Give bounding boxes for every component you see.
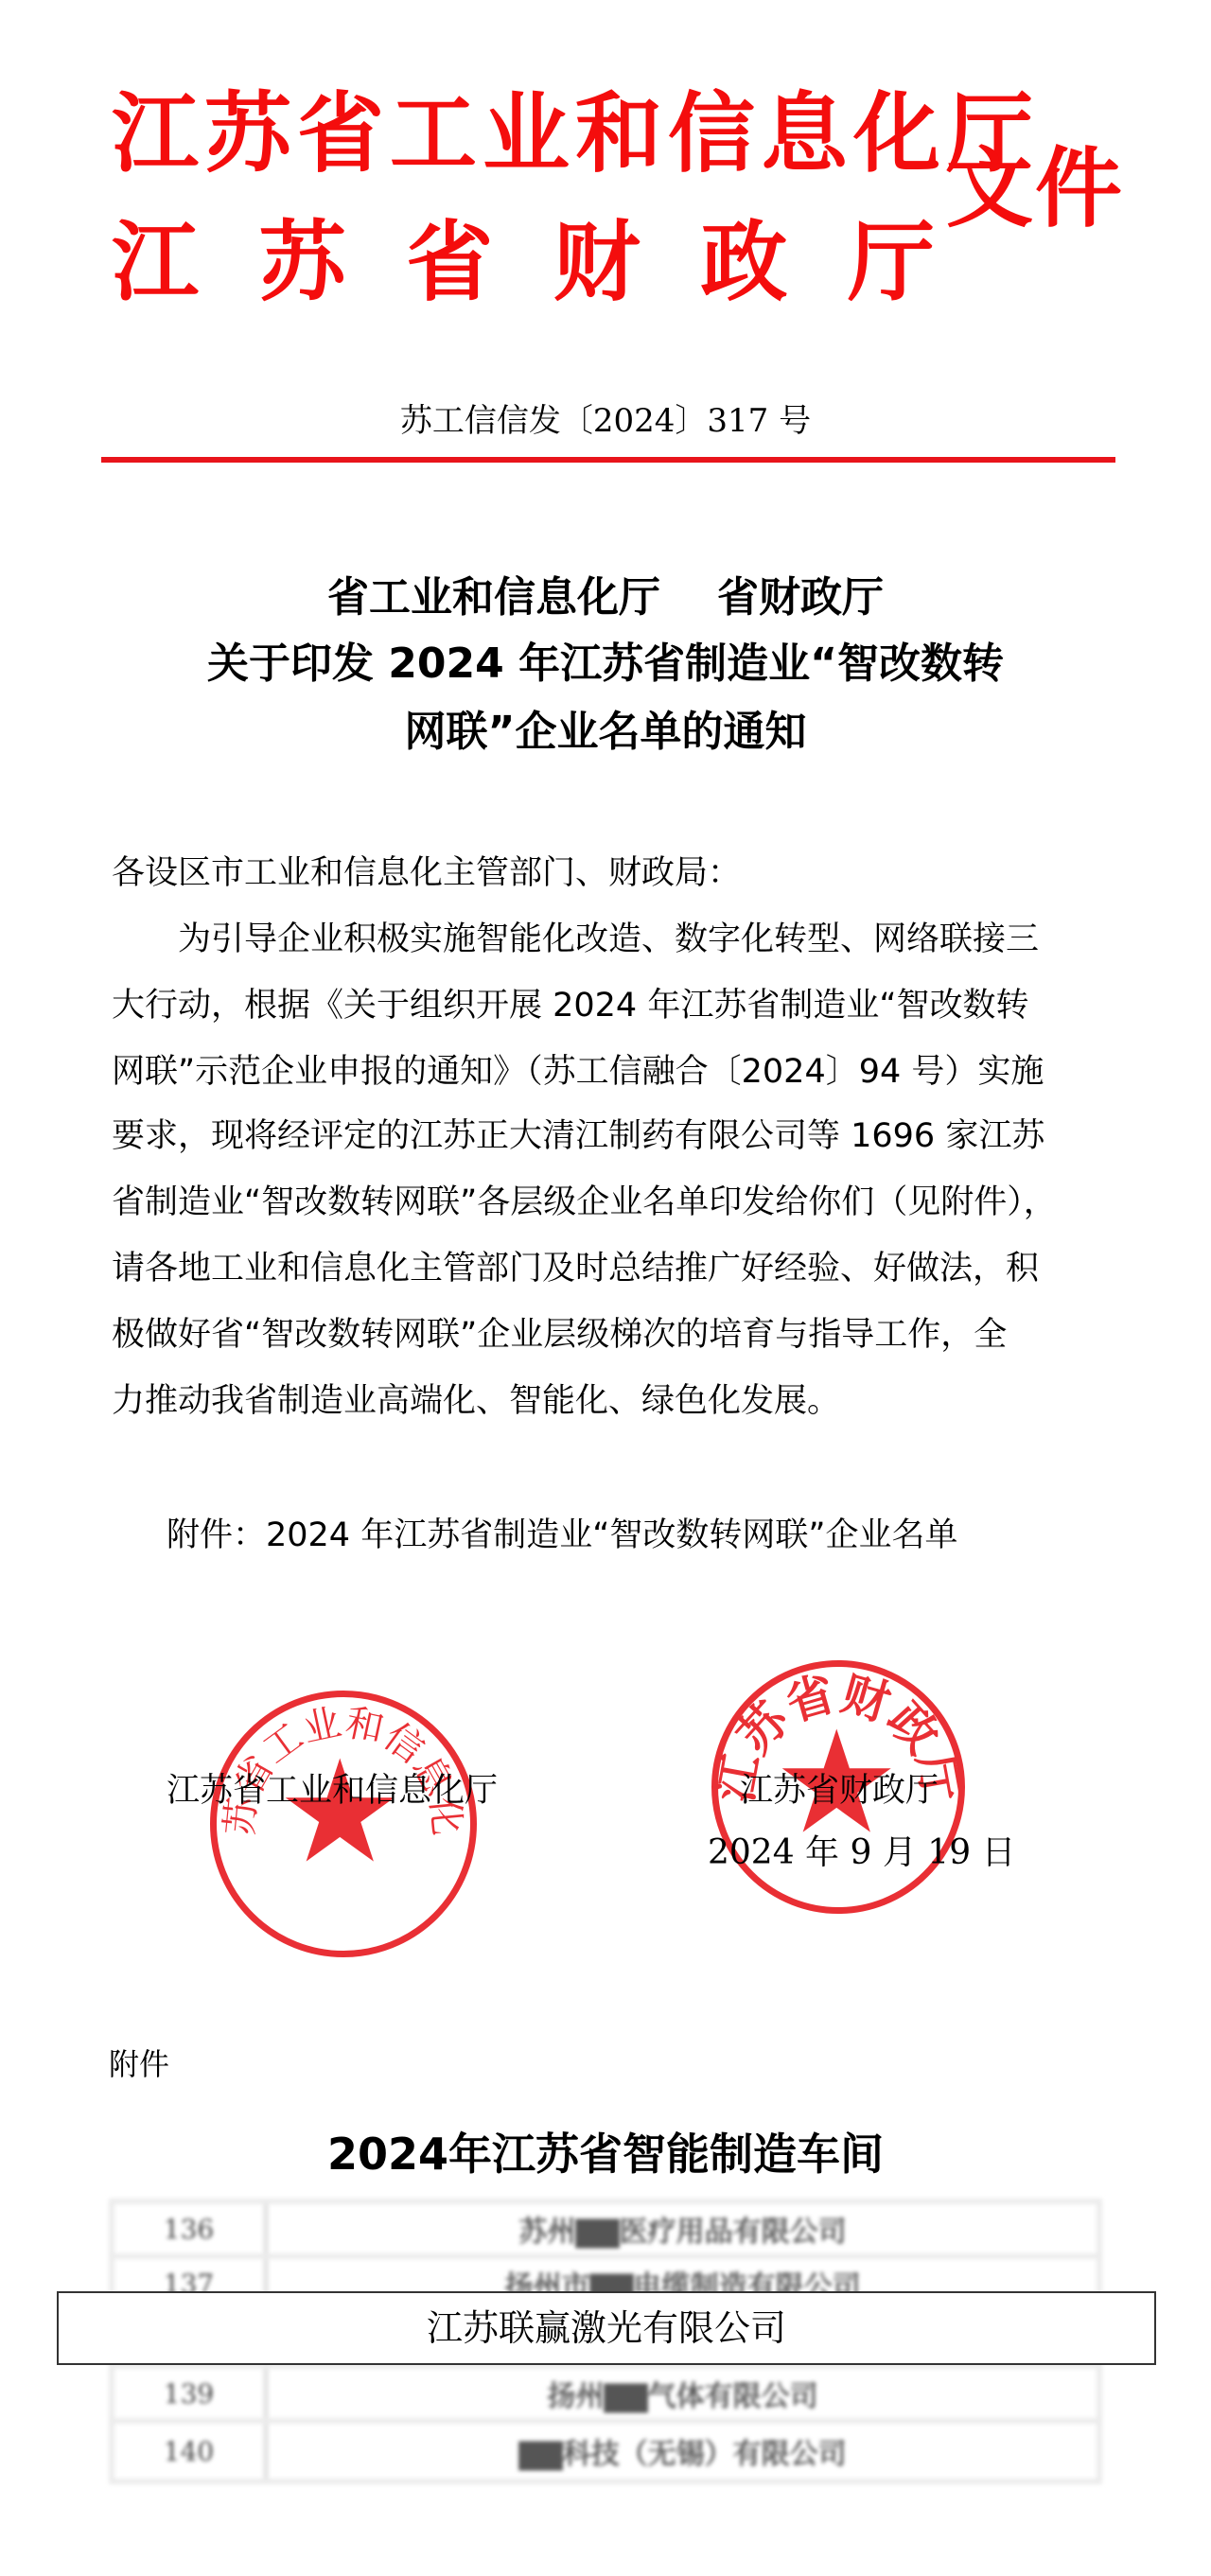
masthead-issuer-2: 江 苏 省 财 政 厅	[112, 216, 935, 310]
masthead-document-label: 文件	[946, 142, 1124, 237]
star-icon: ★	[276, 1742, 403, 1884]
body-line: 大行动，根据《关于组织开展 2024 年江苏省制造业“智改数转	[112, 973, 1028, 1039]
body-line: 网联”示范企业申报的通知》（苏工信融合〔2024〕94 号）实施	[112, 1039, 1044, 1105]
attachment-heading: 2024年江苏省智能制造车间	[0, 2124, 1211, 2184]
masthead-char: 政	[700, 216, 787, 310]
title-issuer-b: 省财政厅	[717, 573, 884, 622]
company-name: 苏州▇▇医疗用品有限公司	[269, 2204, 1097, 2253]
official-seal-miit: 江苏省工业和信息化厅 ★	[210, 1691, 477, 1957]
attachment-label: 附件	[109, 2043, 169, 2085]
company-name: ▇▇科技（无锡）有限公司	[269, 2424, 1097, 2479]
title-issuer-a: 省工业和信息化厅	[327, 573, 660, 622]
row-number: 140	[114, 2424, 269, 2479]
addressee: 各设区市工业和信息化主管部门、财政局：	[112, 840, 1105, 906]
signatory-miit: 江苏省工业和信息化厅	[167, 1769, 498, 1813]
attachment-note: 附件：2024 年江苏省制造业“智改数转网联”企业名单	[167, 1512, 957, 1559]
row-number: 136	[114, 2204, 269, 2253]
title-line-3: 网联”企业名单的通知	[0, 704, 1211, 761]
masthead-char: 财	[553, 216, 641, 310]
title-line-2: 关于印发 2024 年江苏省制造业“智改数转	[0, 636, 1211, 692]
table-row: 140 ▇▇科技（无锡）有限公司	[114, 2424, 1097, 2479]
body-line: 省制造业“智改数转网联”各层级企业名单印发给你们（见附件），	[112, 1169, 1057, 1235]
masthead-char: 厅	[848, 216, 935, 310]
body-line: 极做好省“智改数转网联”企业层级梯次的培育与指导工作，全	[112, 1302, 1007, 1368]
company-name: 扬州▇▇气体有限公司	[269, 2369, 1097, 2418]
masthead-char: 省	[406, 216, 493, 310]
red-divider	[101, 457, 1115, 463]
issue-date: 2024 年 9 月 19 日	[708, 1831, 1016, 1876]
body-line: 为引导企业积极实施智能化改造、数字化转型、网络联接三	[178, 906, 1039, 973]
body-line: 请各地工业和信息化主管部门及时总结推广好经验、好做法，积	[112, 1235, 1039, 1302]
signatory-finance: 江苏省财政厅	[740, 1769, 939, 1813]
masthead-char: 江	[112, 216, 199, 310]
masthead-issuer-1: 江苏省工业和信息化厅	[112, 87, 1039, 182]
table-row: 139 扬州▇▇气体有限公司	[114, 2369, 1097, 2424]
masthead-char: 苏	[259, 216, 346, 310]
title-line-1: 省工业和信息化厅省财政厅	[0, 570, 1211, 626]
row-number: 139	[114, 2369, 269, 2418]
highlighted-company: 江苏联赢激光有限公司	[57, 2291, 1156, 2365]
body-line: 要求，现将经评定的江苏正大清江制药有限公司等 1696 家江苏	[112, 1103, 1044, 1169]
table-row: 136 苏州▇▇医疗用品有限公司	[114, 2204, 1097, 2259]
document-number: 苏工信信发〔2024〕317 号	[0, 399, 1211, 443]
body-line: 力推动我省制造业高端化、智能化、绿色化发展。	[112, 1368, 840, 1434]
